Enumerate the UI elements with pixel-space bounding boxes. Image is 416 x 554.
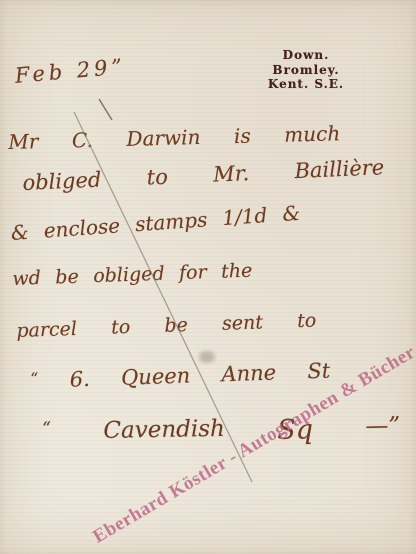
ink-smudge [199, 351, 215, 363]
letter-line-7-address: “ Cavendish Sq —” [42, 413, 400, 450]
letter-page: Down. Bromley. Kent. S.E. Feb 29” Mr C. … [0, 0, 416, 554]
letterhead-line-down: Down. [250, 48, 362, 63]
handwritten-word: sent [222, 311, 264, 334]
handwritten-word: be [164, 314, 188, 337]
letter-line-1: Mr C. Darwin is much [8, 121, 341, 154]
letter-line-6-address: “ 6. Queen Anne St [30, 359, 331, 393]
handwritten-word: to [146, 165, 168, 190]
handwritten-word: Mr [8, 129, 39, 154]
handwritten-word: is [234, 124, 251, 148]
handwritten-word: be [55, 266, 79, 289]
handwritten-word: Queen [121, 363, 191, 389]
handwritten-word: St [307, 359, 331, 384]
stray-pen-mark [99, 99, 112, 120]
handwritten-word: & [282, 201, 301, 226]
quote-mark: “ [42, 419, 51, 439]
handwritten-word: much [284, 121, 341, 146]
letter-line-2: obliged to Mr. Baillière [22, 155, 385, 195]
handwritten-word: 6. [69, 367, 90, 392]
handwritten-word: Anne [221, 360, 276, 386]
letter-date: Feb 29” [14, 54, 127, 88]
letter-line-3: & enclose stamps 1/1d & [10, 201, 301, 245]
letterhead-line-bromley: Bromley. [250, 63, 362, 78]
handwritten-word: obliged [93, 263, 165, 287]
handwritten-word: Mr. [213, 161, 250, 187]
letterhead: Down. Bromley. Kent. S.E. [250, 48, 362, 92]
handwritten-word: parcel [16, 318, 77, 342]
handwritten-word: 1/1d [221, 203, 268, 230]
handwritten-word: to [297, 310, 317, 333]
handwritten-word: wd [12, 267, 41, 290]
handwritten-word: Darwin [126, 125, 201, 151]
handwritten-word: for [179, 261, 207, 284]
handwritten-word: enclose [43, 213, 121, 242]
letterhead-line-kent: Kent. S.E. [250, 77, 362, 92]
handwritten-word: —” [365, 413, 400, 445]
handwritten-word: Cavendish [103, 416, 225, 449]
letter-line-4: wd be obliged for the [12, 260, 253, 290]
handwritten-word: stamps [134, 207, 208, 236]
handwritten-word: C. [72, 128, 94, 153]
quote-mark: “ [30, 369, 39, 388]
handwritten-word: obliged [22, 168, 102, 195]
handwritten-word: Baillière [294, 155, 385, 183]
handwritten-word: & [10, 220, 29, 245]
letter-line-5: parcel to be sent to [16, 310, 317, 342]
handwritten-word: the [221, 260, 253, 283]
handwritten-word: to [111, 316, 131, 339]
